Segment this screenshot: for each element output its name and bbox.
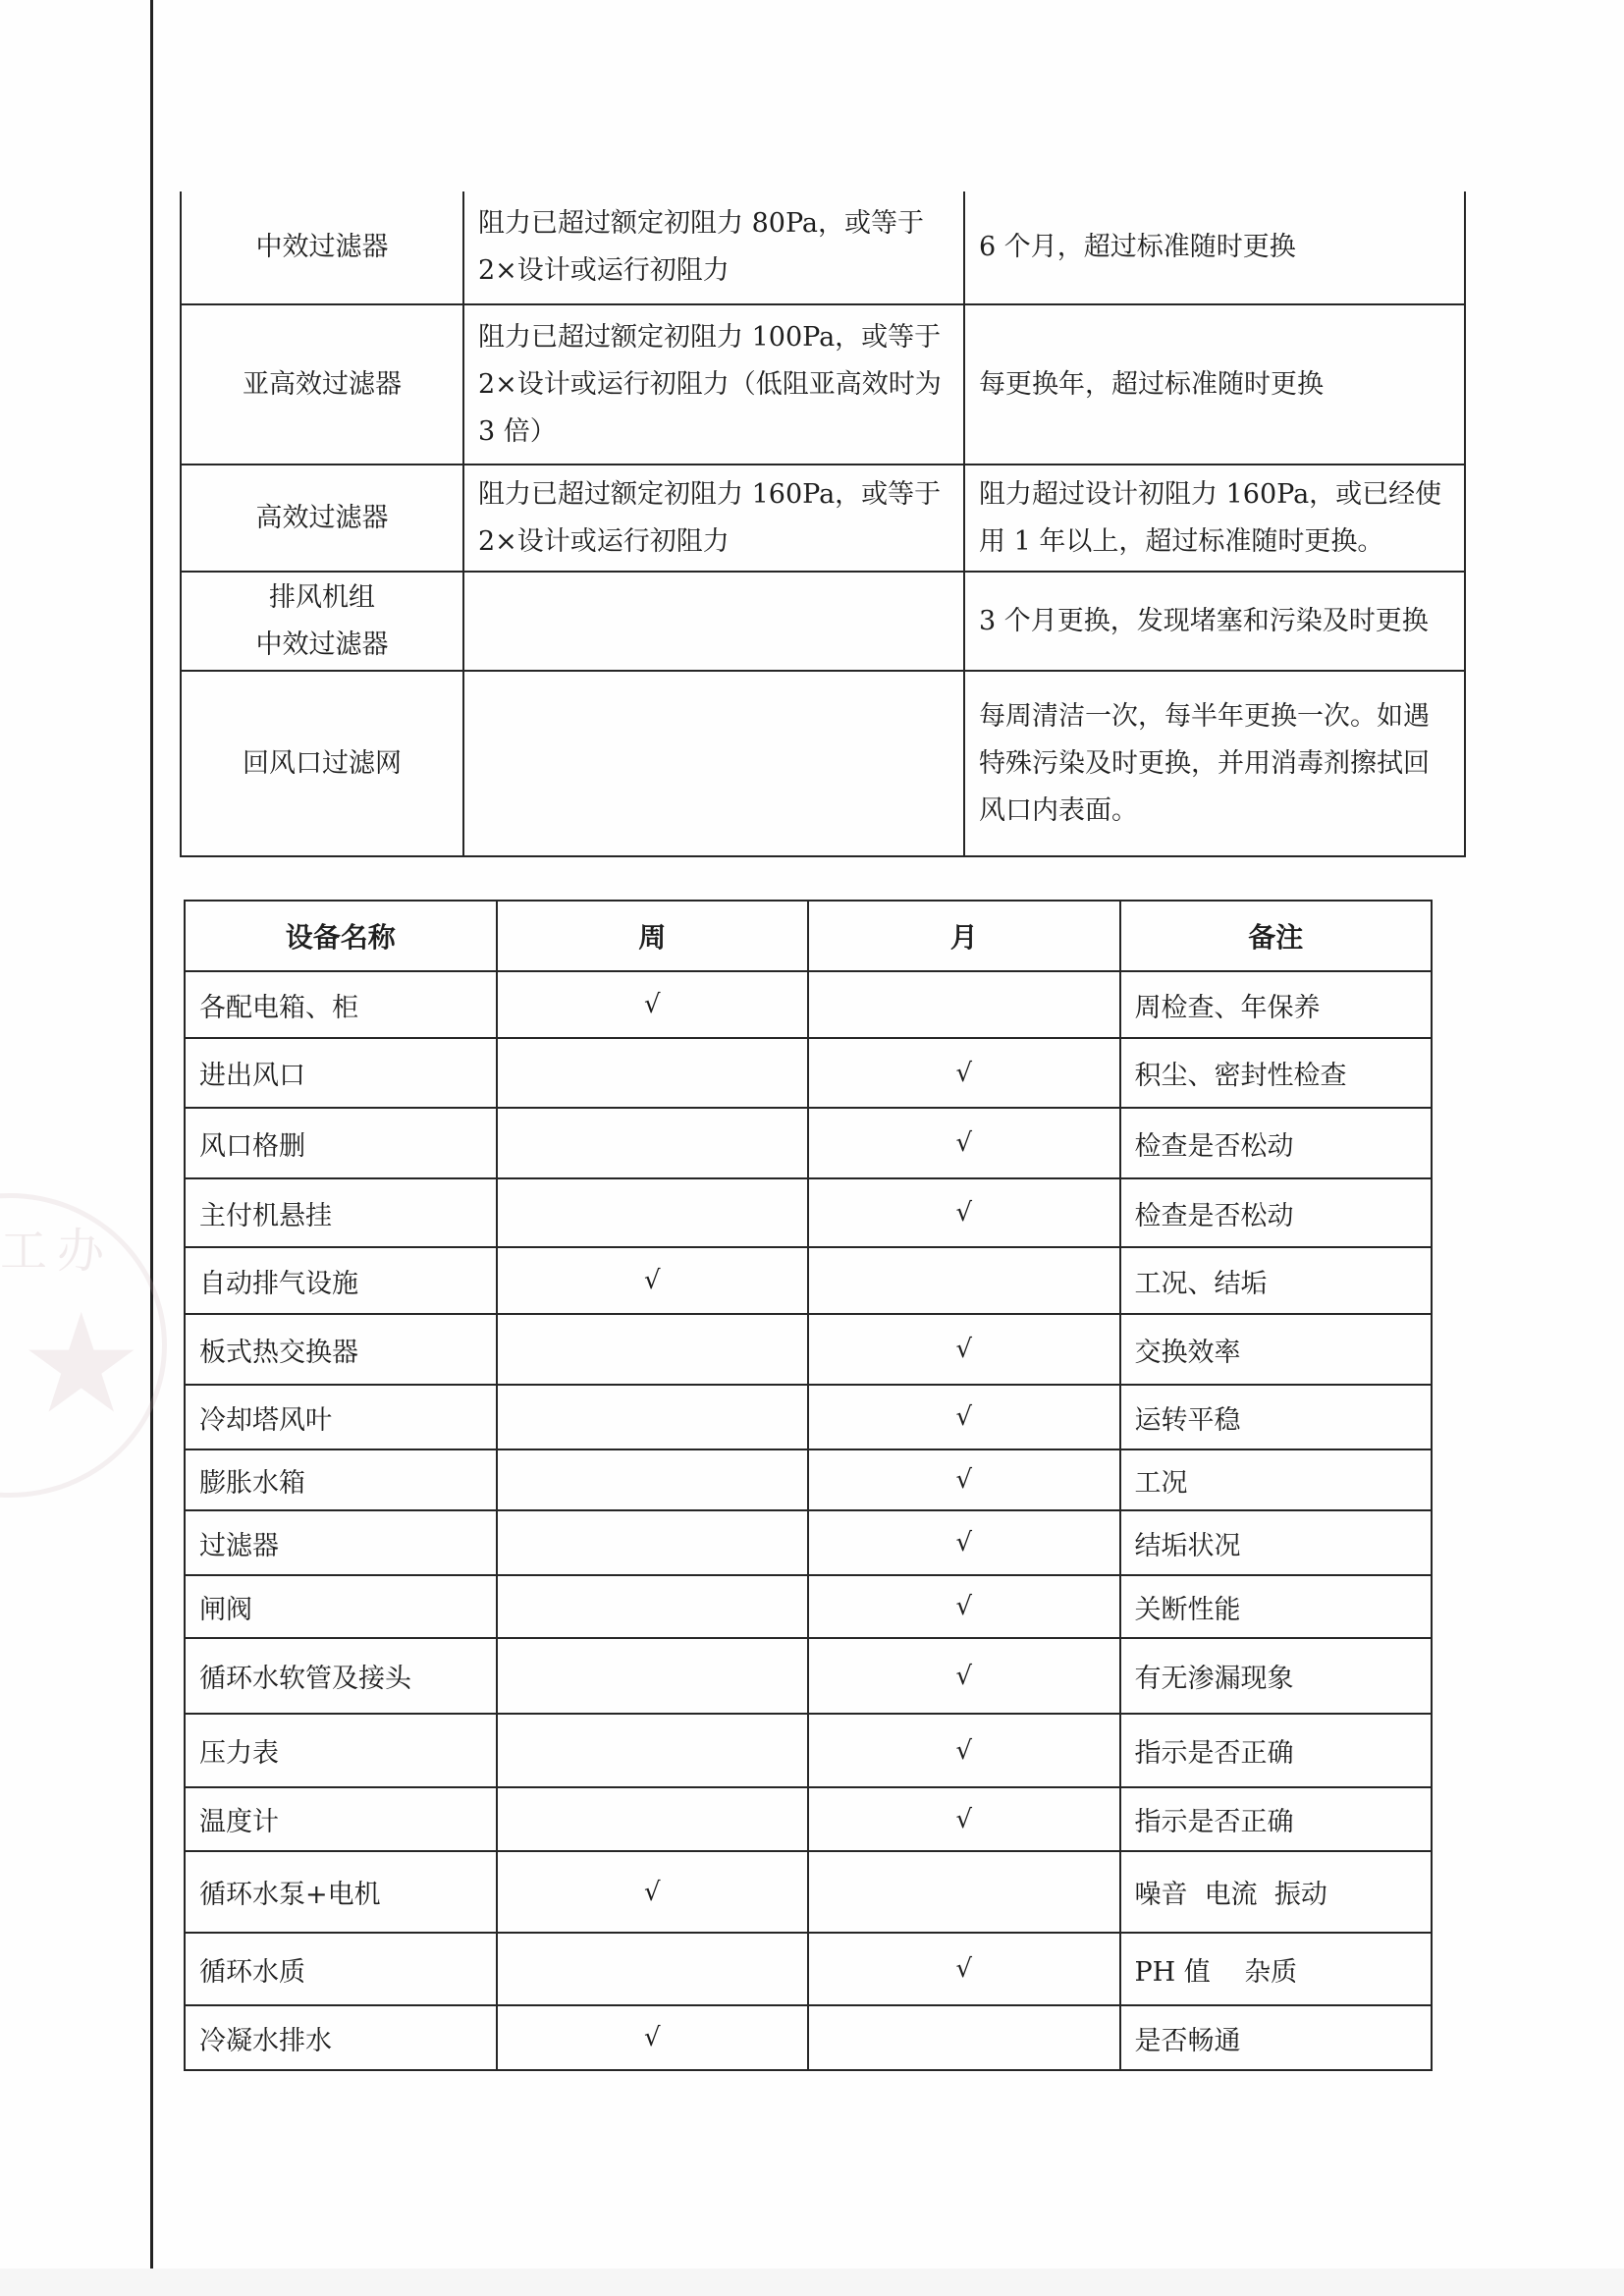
equipment-name-cell: 进出风口	[185, 1038, 497, 1108]
monthly-check-cell: √	[808, 1108, 1120, 1178]
weekly-check-cell	[497, 1314, 809, 1385]
equipment-name-cell: 冷却塔风叶	[185, 1385, 497, 1449]
weekly-check-cell	[497, 1449, 809, 1510]
replacement-cycle-cell: 6 个月，超过标准随时更换	[964, 191, 1465, 304]
filter-name-cell: 回风口过滤网	[181, 671, 463, 856]
weekly-check-cell	[497, 1575, 809, 1638]
monthly-check-cell	[808, 1851, 1120, 1933]
equipment-name-cell: 循环水质	[185, 1933, 497, 2005]
note-cell: 周检查、年保养	[1120, 971, 1433, 1038]
binding-margin-line	[150, 0, 153, 2270]
table-row: 循环水质√PH 值 杂质	[185, 1933, 1432, 2005]
note-cell: 运转平稳	[1120, 1385, 1433, 1449]
equipment-name-cell: 板式热交换器	[185, 1314, 497, 1385]
equipment-name-cell: 风口格删	[185, 1108, 497, 1178]
table-row: 过滤器√结垢状况	[185, 1510, 1432, 1575]
replacement-condition-cell	[463, 671, 964, 856]
filter-name-cell: 亚高效过滤器	[181, 304, 463, 465]
note-cell: 关断性能	[1120, 1575, 1433, 1638]
seal-star-icon: ★	[20, 1296, 143, 1434]
replacement-condition-cell: 阻力已超过额定初阻力 100Pa，或等于 2×设计或运行初阻力（低阻亚高效时为 …	[463, 304, 964, 465]
note-cell: 指示是否正确	[1120, 1714, 1433, 1787]
equipment-maintenance-table: 设备名称 周 月 备注 各配电箱、柜√周检查、年保养进出风口√积尘、密封性检查风…	[184, 900, 1433, 2071]
weekly-check-cell	[497, 1385, 809, 1449]
equipment-name-cell: 自动排气设施	[185, 1247, 497, 1314]
equipment-name-cell: 压力表	[185, 1714, 497, 1787]
note-cell: 交换效率	[1120, 1314, 1433, 1385]
equipment-name-cell: 各配电箱、柜	[185, 971, 497, 1038]
table-row: 板式热交换器√交换效率	[185, 1314, 1432, 1385]
equipment-name-cell: 温度计	[185, 1787, 497, 1851]
filter-name-cell: 排风机组 中效过滤器	[181, 572, 463, 671]
equipment-name-cell: 膨胀水箱	[185, 1449, 497, 1510]
monthly-check-cell: √	[808, 1038, 1120, 1108]
weekly-check-cell	[497, 1108, 809, 1178]
monthly-check-cell: √	[808, 1787, 1120, 1851]
note-cell: 是否畅通	[1120, 2005, 1433, 2070]
replacement-cycle-cell: 每更换年，超过标准随时更换	[964, 304, 1465, 465]
weekly-check-cell	[497, 1038, 809, 1108]
table-row: 主付机悬挂√检查是否松动	[185, 1178, 1432, 1247]
weekly-check-cell: √	[497, 2005, 809, 2070]
weekly-check-cell: √	[497, 971, 809, 1038]
note-cell: 噪音 电流 振动	[1120, 1851, 1433, 1933]
note-cell: 有无渗漏现象	[1120, 1638, 1433, 1714]
equipment-name-cell: 循环水软管及接头	[185, 1638, 497, 1714]
table-row: 排风机组 中效过滤器3 个月更换，发现堵塞和污染及时更换	[181, 572, 1465, 671]
header-equipment-name: 设备名称	[185, 901, 497, 971]
weekly-check-cell	[497, 1510, 809, 1575]
monthly-check-cell	[808, 1247, 1120, 1314]
monthly-check-cell: √	[808, 1449, 1120, 1510]
equipment-name-cell: 过滤器	[185, 1510, 497, 1575]
table-row: 进出风口√积尘、密封性检查	[185, 1038, 1432, 1108]
note-cell: 工况	[1120, 1449, 1433, 1510]
equipment-name-cell: 循环水泵+电机	[185, 1851, 497, 1933]
note-cell: 工况、结垢	[1120, 1247, 1433, 1314]
replacement-condition-cell: 阻力已超过额定初阻力 160Pa，或等于 2×设计或运行初阻力	[463, 465, 964, 572]
header-notes: 备注	[1120, 901, 1433, 971]
weekly-check-cell	[497, 1714, 809, 1787]
note-cell: 结垢状况	[1120, 1510, 1433, 1575]
weekly-check-cell: √	[497, 1851, 809, 1933]
replacement-condition-cell: 阻力已超过额定初阻力 80Pa，或等于 2×设计或运行初阻力	[463, 191, 964, 304]
monthly-check-cell: √	[808, 1385, 1120, 1449]
table-row: 中效过滤器阻力已超过额定初阻力 80Pa，或等于 2×设计或运行初阻力6 个月，…	[181, 191, 1465, 304]
replacement-cycle-cell: 每周清洁一次，每半年更换一次。如遇特殊污染及时更换，并用消毒剂擦拭回风口内表面。	[964, 671, 1465, 856]
header-monthly: 月	[808, 901, 1120, 971]
table-row: 风口格删√检查是否松动	[185, 1108, 1432, 1178]
table-row: 闸阀√关断性能	[185, 1575, 1432, 1638]
monthly-check-cell	[808, 2005, 1120, 2070]
equipment-name-cell: 冷凝水排水	[185, 2005, 497, 2070]
equipment-name-cell: 闸阀	[185, 1575, 497, 1638]
replacement-condition-cell	[463, 572, 964, 671]
table-header-row: 设备名称 周 月 备注	[185, 901, 1432, 971]
monthly-check-cell: √	[808, 1314, 1120, 1385]
weekly-check-cell	[497, 1787, 809, 1851]
weekly-check-cell	[497, 1638, 809, 1714]
filter-name-cell: 高效过滤器	[181, 465, 463, 572]
table-row: 亚高效过滤器阻力已超过额定初阻力 100Pa，或等于 2×设计或运行初阻力（低阻…	[181, 304, 1465, 465]
monthly-check-cell: √	[808, 1714, 1120, 1787]
table-row: 冷凝水排水√是否畅通	[185, 2005, 1432, 2070]
note-cell: 指示是否正确	[1120, 1787, 1433, 1851]
filter-name-cell: 中效过滤器	[181, 191, 463, 304]
table-row: 膨胀水箱√工况	[185, 1449, 1432, 1510]
table-row: 回风口过滤网每周清洁一次，每半年更换一次。如遇特殊污染及时更换，并用消毒剂擦拭回…	[181, 671, 1465, 856]
filter-replacement-table: 中效过滤器阻力已超过额定初阻力 80Pa，或等于 2×设计或运行初阻力6 个月，…	[180, 191, 1466, 857]
table-row: 高效过滤器阻力已超过额定初阻力 160Pa，或等于 2×设计或运行初阻力阻力超过…	[181, 465, 1465, 572]
table-row: 各配电箱、柜√周检查、年保养	[185, 971, 1432, 1038]
monthly-check-cell: √	[808, 1178, 1120, 1247]
scan-artifact-band	[0, 2269, 1624, 2296]
note-cell: PH 值 杂质	[1120, 1933, 1433, 2005]
note-cell: 检查是否松动	[1120, 1178, 1433, 1247]
replacement-cycle-cell: 阻力超过设计初阻力 160Pa，或已经使用 1 年以上，超过标准随时更换。	[964, 465, 1465, 572]
seal-text: 工办	[0, 1213, 114, 1281]
monthly-check-cell: √	[808, 1575, 1120, 1638]
table-row: 压力表√指示是否正确	[185, 1714, 1432, 1787]
header-weekly: 周	[497, 901, 809, 971]
monthly-check-cell	[808, 971, 1120, 1038]
equipment-name-cell: 主付机悬挂	[185, 1178, 497, 1247]
table-row: 温度计√指示是否正确	[185, 1787, 1432, 1851]
monthly-check-cell: √	[808, 1638, 1120, 1714]
monthly-check-cell: √	[808, 1933, 1120, 2005]
weekly-check-cell	[497, 1933, 809, 2005]
table-row: 循环水软管及接头√有无渗漏现象	[185, 1638, 1432, 1714]
note-cell: 积尘、密封性检查	[1120, 1038, 1433, 1108]
monthly-check-cell: √	[808, 1510, 1120, 1575]
table-row: 自动排气设施√工况、结垢	[185, 1247, 1432, 1314]
replacement-cycle-cell: 3 个月更换，发现堵塞和污染及时更换	[964, 572, 1465, 671]
table-row: 循环水泵+电机√噪音 电流 振动	[185, 1851, 1432, 1933]
weekly-check-cell	[497, 1178, 809, 1247]
note-cell: 检查是否松动	[1120, 1108, 1433, 1178]
weekly-check-cell: √	[497, 1247, 809, 1314]
table-row: 冷却塔风叶√运转平稳	[185, 1385, 1432, 1449]
